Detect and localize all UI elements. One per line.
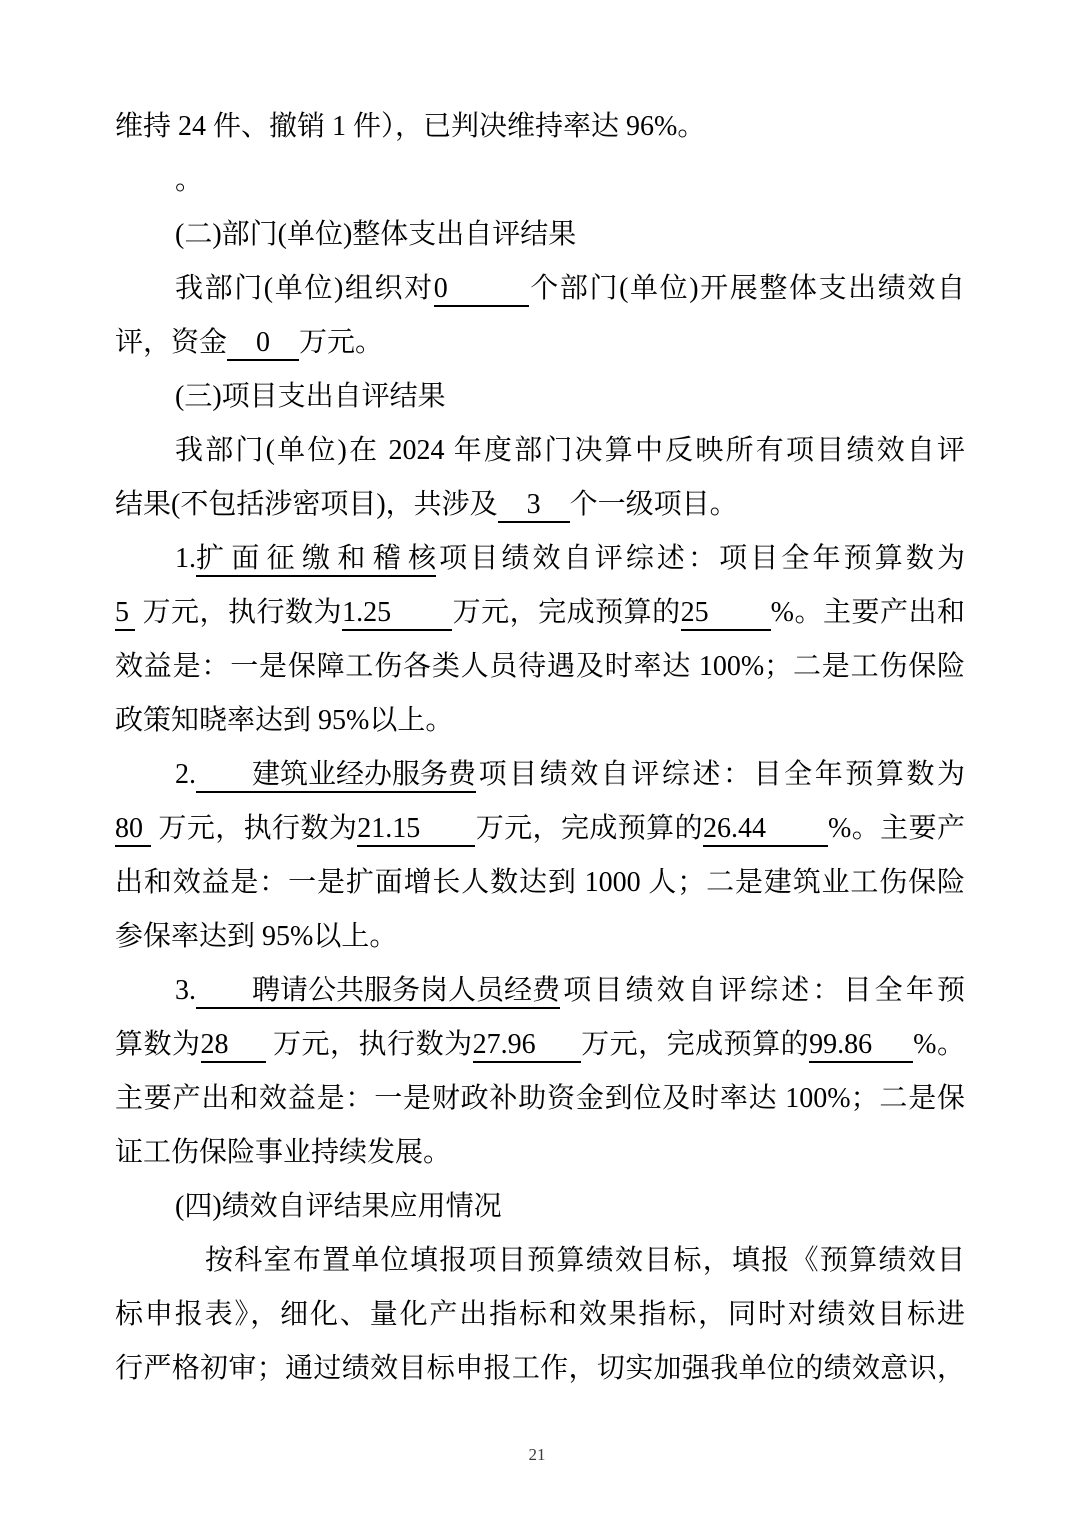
text-run: %。	[913, 1029, 965, 1060]
text-run: (四)绩效自评结果应用情况	[175, 1191, 502, 1222]
text-run: (二)部门(单位)整体支出自评结果	[175, 219, 576, 250]
text-run: 个部门(单位)开展整体支出绩效自	[529, 273, 965, 304]
text-run: 参保率达到 95%以上。	[115, 921, 397, 952]
document-line: 标申报表》，细化、量化产出指标和效果指标，同时对绩效目标进	[115, 1288, 965, 1342]
page-footer: 21	[0, 1442, 1074, 1468]
text-run: 结果(不包括涉密项目)，共涉及	[115, 489, 498, 520]
text-run: 3.	[175, 975, 196, 1006]
text-run: 效益是：一是保障工伤各类人员待遇及时率达 100%；二是工伤保险	[115, 651, 965, 682]
document-line: 参保率达到 95%以上。	[115, 910, 965, 964]
document-line: 。	[115, 154, 965, 208]
text-run: %。主要产出和	[771, 597, 965, 628]
document-line: 1.扩面征缴和稽核项目绩效自评综述：项目全年预算数为	[115, 532, 965, 586]
text-run: 项目绩效自评综述：目全年预算数为	[476, 759, 965, 790]
text-run: 维持 24 件、撤销 1 件），已判决维持率达 96%。	[115, 111, 705, 142]
text-run: 按科室布置单位填报项目预算绩效目标，填报《预算绩效目	[205, 1245, 965, 1276]
fillable-blank: 26.44	[703, 813, 828, 847]
fillable-blank: 聘请公共服务岗人员经费	[196, 975, 560, 1009]
text-run: 主要产出和效益是：一是财政补助资金到位及时率达 100%；二是保	[115, 1083, 965, 1114]
document-line: 维持 24 件、撤销 1 件），已判决维持率达 96%。	[115, 100, 965, 154]
document-line: 效益是：一是保障工伤各类人员待遇及时率达 100%；二是工伤保险	[115, 640, 965, 694]
text-run: 万元。	[299, 327, 383, 358]
document-line: (二)部门(单位)整体支出自评结果	[115, 208, 965, 262]
text-run: 万元，执行数为	[266, 1029, 473, 1060]
fillable-blank: 99.86	[809, 1029, 913, 1063]
text-run: 证工伤保险事业持续发展。	[115, 1137, 451, 1168]
text-run: (三)项目支出自评结果	[175, 381, 446, 412]
document-content: 维持 24 件、撤销 1 件），已判决维持率达 96%。。(二)部门(单位)整体…	[115, 100, 965, 1396]
text-run: 算数为	[115, 1029, 201, 1060]
text-run: 个一级项目。	[570, 489, 738, 520]
document-line: (三)项目支出自评结果	[115, 370, 965, 424]
document-line: 政策知晓率达到 95%以上。	[115, 694, 965, 748]
text-run: 出和效益是：一是扩面增长人数达到 1000 人；二是建筑业工伤保险	[115, 867, 965, 898]
document-line: (四)绩效自评结果应用情况	[115, 1180, 965, 1234]
text-run: 我部门(单位)在 2024 年度部门决算中反映所有项目绩效自评	[175, 435, 965, 466]
fillable-blank: 0	[434, 273, 529, 307]
document-line: 按科室布置单位填报项目预算绩效目标，填报《预算绩效目	[115, 1234, 965, 1288]
page-number: 21	[529, 1445, 546, 1464]
fillable-blank: 5	[115, 597, 135, 631]
fillable-blank: 3	[498, 489, 570, 523]
text-run: 万元，完成预算的	[452, 597, 681, 628]
document-line: 80 万元，执行数为21.15万元，完成预算的26.44%。主要产	[115, 802, 965, 856]
text-run: 评，资金	[115, 327, 227, 358]
text-run: 项目绩效自评综述：项目全年预算数为	[436, 543, 965, 574]
document-line: 5 万元，执行数为1.25万元，完成预算的25%。主要产出和	[115, 586, 965, 640]
text-run: 万元，完成预算的	[581, 1029, 810, 1060]
text-run: 万元，执行数为	[151, 813, 357, 844]
document-line: 我部门(单位)在 2024 年度部门决算中反映所有项目绩效自评	[115, 424, 965, 478]
fillable-blank: 扩面征缴和稽核	[196, 543, 436, 577]
text-run: 2.	[175, 759, 196, 790]
fillable-blank: 建筑业经办服务费	[196, 759, 476, 793]
text-run: 政策知晓率达到 95%以上。	[115, 705, 453, 736]
text-run: 项目绩效自评综述：目全年预	[560, 975, 965, 1006]
fillable-blank: 28	[201, 1029, 266, 1063]
fillable-blank: 25	[681, 597, 771, 631]
document-page: 维持 24 件、撤销 1 件），已判决维持率达 96%。。(二)部门(单位)整体…	[0, 0, 1074, 1520]
fillable-blank: 27.96	[473, 1029, 581, 1063]
document-line: 评，资金0万元。	[115, 316, 965, 370]
document-line: 3. 聘请公共服务岗人员经费项目绩效自评综述：目全年预	[115, 964, 965, 1018]
text-run: 万元，完成预算的	[475, 813, 703, 844]
fillable-blank: 1.25	[342, 597, 452, 631]
document-line: 证工伤保险事业持续发展。	[115, 1126, 965, 1180]
text-run: 行严格初审；通过绩效目标申报工作，切实加强我单位的绩效意识，	[115, 1353, 965, 1384]
document-line: 我部门(单位)组织对0个部门(单位)开展整体支出绩效自	[115, 262, 965, 316]
text-run: 1.	[175, 543, 196, 574]
fillable-blank: 80	[115, 813, 151, 847]
document-line: 行严格初审；通过绩效目标申报工作，切实加强我单位的绩效意识，	[115, 1342, 965, 1396]
text-run: 万元，执行数为	[135, 597, 342, 628]
text-run: %。主要产	[828, 813, 965, 844]
document-line: 出和效益是：一是扩面增长人数达到 1000 人；二是建筑业工伤保险	[115, 856, 965, 910]
fillable-blank: 0	[227, 327, 299, 361]
text-run: 标申报表》，细化、量化产出指标和效果指标，同时对绩效目标进	[115, 1299, 965, 1330]
fillable-blank: 21.15	[357, 813, 475, 847]
document-line: 主要产出和效益是：一是财政补助资金到位及时率达 100%；二是保	[115, 1072, 965, 1126]
document-line: 结果(不包括涉密项目)，共涉及3个一级项目。	[115, 478, 965, 532]
text-run: 我部门(单位)组织对	[175, 273, 434, 304]
text-run: 。	[175, 165, 203, 196]
document-line: 算数为28 万元，执行数为27.96万元，完成预算的99.86%。	[115, 1018, 965, 1072]
document-line: 2. 建筑业经办服务费项目绩效自评综述：目全年预算数为	[115, 748, 965, 802]
